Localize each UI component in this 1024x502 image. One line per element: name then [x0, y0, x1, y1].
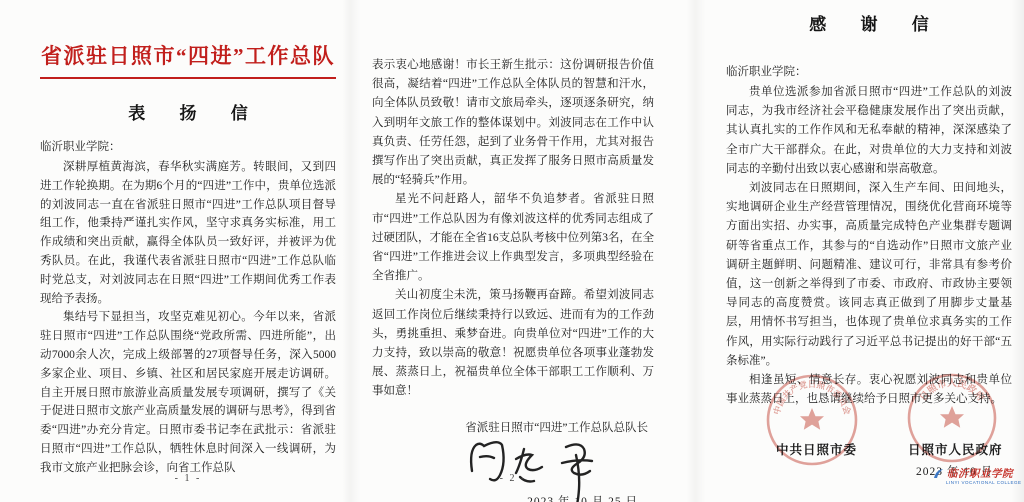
commendation-letter-page-1: 省派驻日照市“四进”工作总队 表 扬 信 临沂职业学院： 深耕厚植黄海滨，春华秋… [40, 40, 336, 490]
salutation: 临沂职业学院： [40, 138, 336, 154]
thank-you-letter-page: 感 谢 信 临沂职业学院： 贵单位选派参加省派日照市“四进”工作总队的刘波同志，… [726, 10, 1012, 500]
page-number: - 2 - [372, 473, 654, 484]
college-logo: 临沂职业学院 LINYI VOCATIONAL COLLEGE [932, 468, 1018, 486]
body-paragraph: 关山初度尘未洗，策马扬鞭再奋蹄。希望刘波同志返回工作岗位后继续秉持行以致远、进而… [372, 286, 654, 401]
page-number: - 1 - [40, 473, 336, 484]
logo-caption: LINYI VOCATIONAL COLLEGE [946, 481, 1018, 486]
body-paragraph: 贵单位选派参加省派日照市“四进”工作总队的刘波同志，为我市经济社会平稳健康发展作… [726, 83, 1012, 179]
letter-title-thanks: 感 谢 信 [726, 10, 1012, 35]
logo-swoosh-icon [932, 468, 945, 480]
logo-college-name: 临沂职业学院 [947, 470, 1013, 481]
salutation: 临沂职业学院： [726, 63, 1012, 79]
official-seal-icon: 中国共产党日照市委员会 [764, 368, 860, 500]
letter-date: 2023 年 10 月 25 日 [372, 493, 654, 502]
body-paragraph: 刘波同志在日照期间，深入生产车间、田间地头，实地调研企业生产经营管理情况，围绕优… [726, 179, 1012, 371]
signoff-line: 省派驻日照市“四进”工作总队总队长 [372, 419, 654, 435]
letter-title-commendation: 表 扬 信 [40, 99, 336, 124]
body-paragraph: 表示衷心地感谢！市长王新生批示：这份调研报告价值很高，凝结着“四进”工作总队全体… [372, 56, 654, 190]
body-paragraph: 深耕厚植黄海滨，春华秋实满庭芳。转眼间，又到四进工作轮换期。在为期6个月的“四进… [40, 158, 336, 308]
body-paragraph: 星光不问赶路人，韶华不负追梦者。省派驻日照市“四进”工作总队因为有像刘波这样的优… [372, 190, 654, 286]
letterhead-title: 省派驻日照市“四进”工作总队 [40, 40, 336, 79]
body-paragraph: 集结号下显担当，攻坚克难见初心。今年以来，省派驻日照市“四进”工作总队围绕“党政… [40, 308, 336, 477]
commendation-letter-page-2: 表示衷心地感谢！市长王新生批示：这份调研报告价值很高，凝结着“四进”工作总队全体… [372, 56, 654, 490]
